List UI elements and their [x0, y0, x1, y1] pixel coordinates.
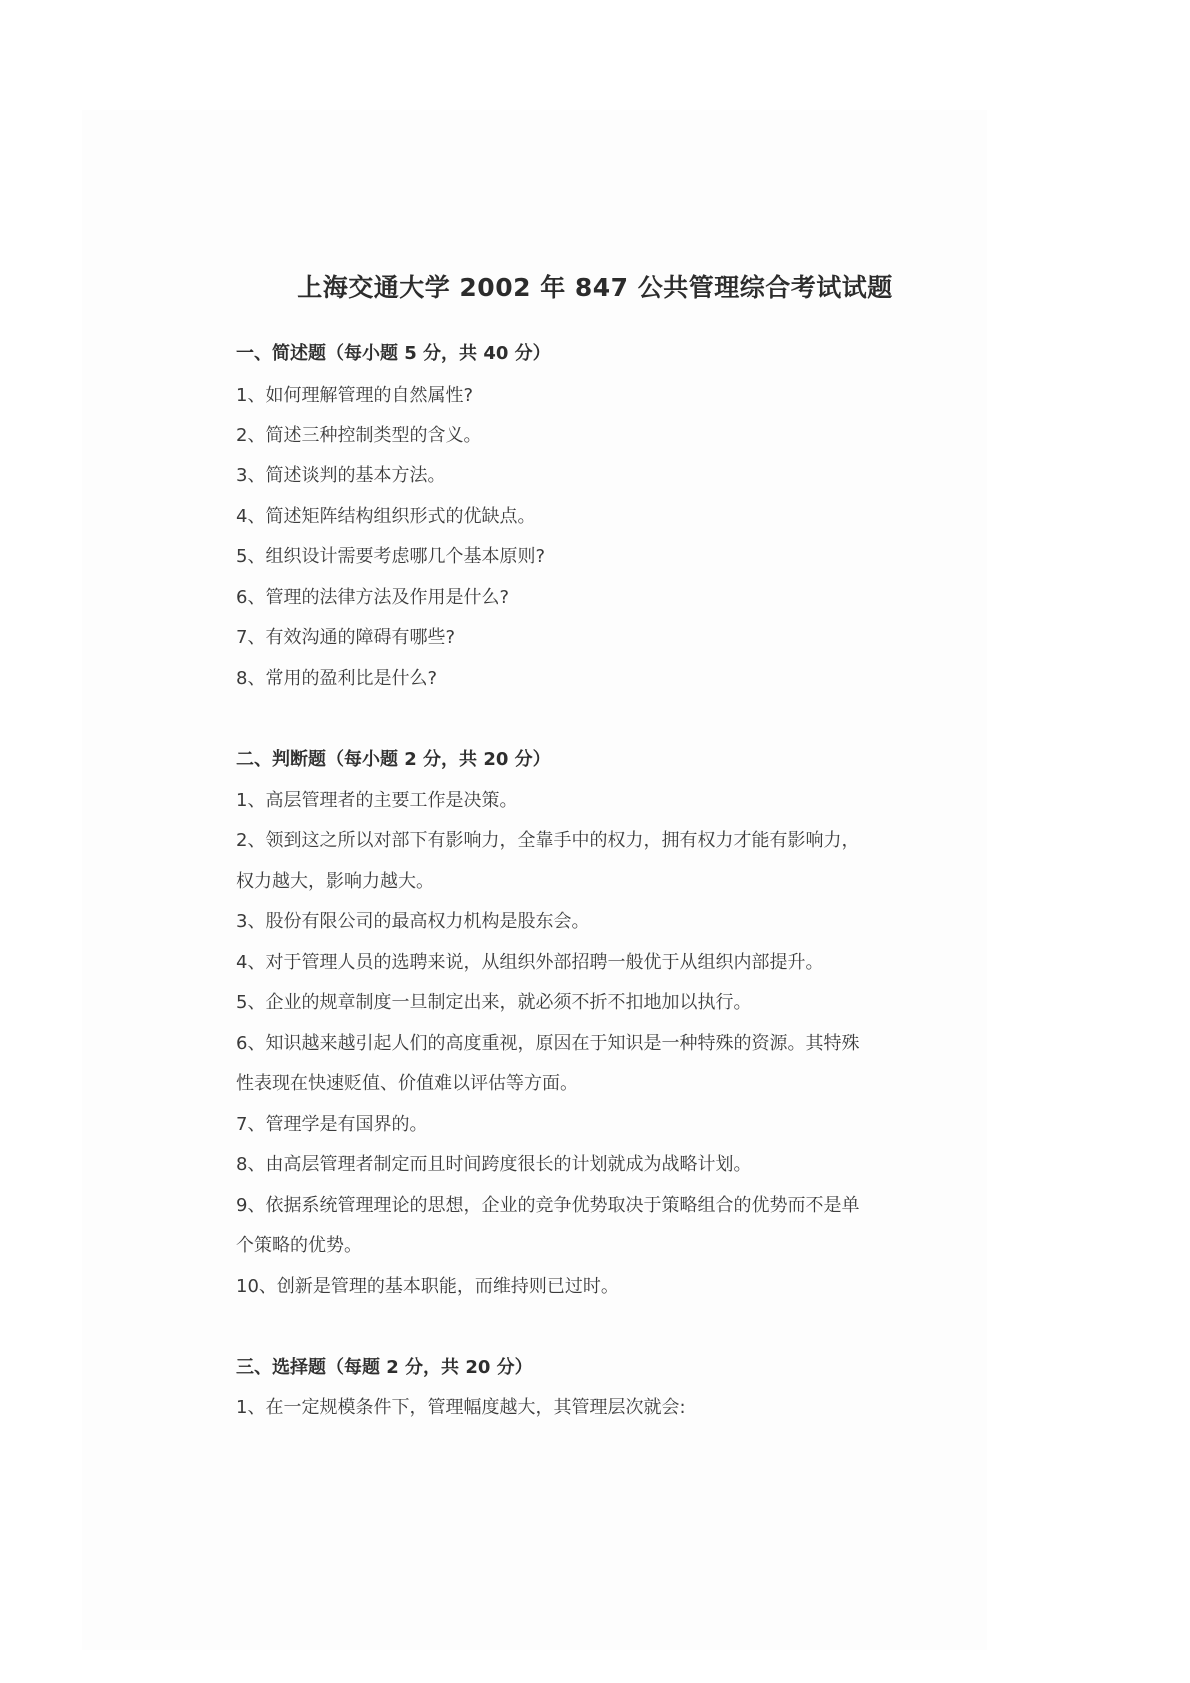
question-item: 8、常用的盈利比是什么? [236, 667, 437, 691]
question-item: 4、对于管理人员的选聘来说，从组织外部招聘一般优于从组织内部提升。 [236, 951, 823, 975]
question-item: 9、依据系统管理理论的思想，企业的竞争优势取决于策略组合的优势而不是单 [236, 1194, 859, 1218]
question-item: 3、简述谈判的基本方法。 [236, 464, 445, 488]
question-item: 1、高层管理者的主要工作是决策。 [236, 789, 517, 813]
question-item-continuation: 权力越大，影响力越大。 [236, 870, 434, 894]
section-heading-multiple-choice: 三、选择题（每题 2 分，共 20 分） [236, 1356, 533, 1380]
question-item: 5、组织设计需要考虑哪几个基本原则? [236, 545, 545, 569]
question-item: 8、由高层管理者制定而且时间跨度很长的计划就成为战略计划。 [236, 1153, 751, 1177]
question-item: 3、股份有限公司的最高权力机构是股东会。 [236, 910, 589, 934]
question-item: 7、有效沟通的障碍有哪些? [236, 626, 455, 650]
question-item: 4、简述矩阵结构组织形式的优缺点。 [236, 505, 535, 529]
section-heading-true-false: 二、判断题（每小题 2 分，共 20 分） [236, 748, 551, 772]
question-item-continuation: 个策略的优势。 [236, 1234, 362, 1258]
question-item: 7、管理学是有国界的。 [236, 1113, 427, 1137]
question-item: 2、领到这之所以对部下有影响力，全靠手中的权力，拥有权力才能有影响力， [236, 829, 859, 853]
question-item: 1、在一定规模条件下，管理幅度越大，其管理层次就会: [236, 1396, 686, 1420]
document-title: 上海交通大学 2002 年 847 公共管理综合考试试题 [0, 268, 1190, 304]
question-item: 6、管理的法律方法及作用是什么? [236, 586, 509, 610]
question-item: 6、知识越来越引起人们的高度重视，原因在于知识是一种特殊的资源。其特殊 [236, 1032, 859, 1056]
question-item: 1、如何理解管理的自然属性? [236, 384, 473, 408]
section-heading-short-answer: 一、简述题（每小题 5 分，共 40 分） [236, 342, 551, 366]
document-page: 上海交通大学 2002 年 847 公共管理综合考试试题 一、简述题（每小题 5… [0, 0, 1190, 1683]
question-item: 2、简述三种控制类型的含义。 [236, 424, 481, 448]
question-item: 5、企业的规章制度一旦制定出来，就必须不折不扣地加以执行。 [236, 991, 751, 1015]
question-item: 10、创新是管理的基本职能，而维持则已过时。 [236, 1275, 619, 1299]
question-item-continuation: 性表现在快速贬值、价值难以评估等方面。 [236, 1072, 578, 1096]
